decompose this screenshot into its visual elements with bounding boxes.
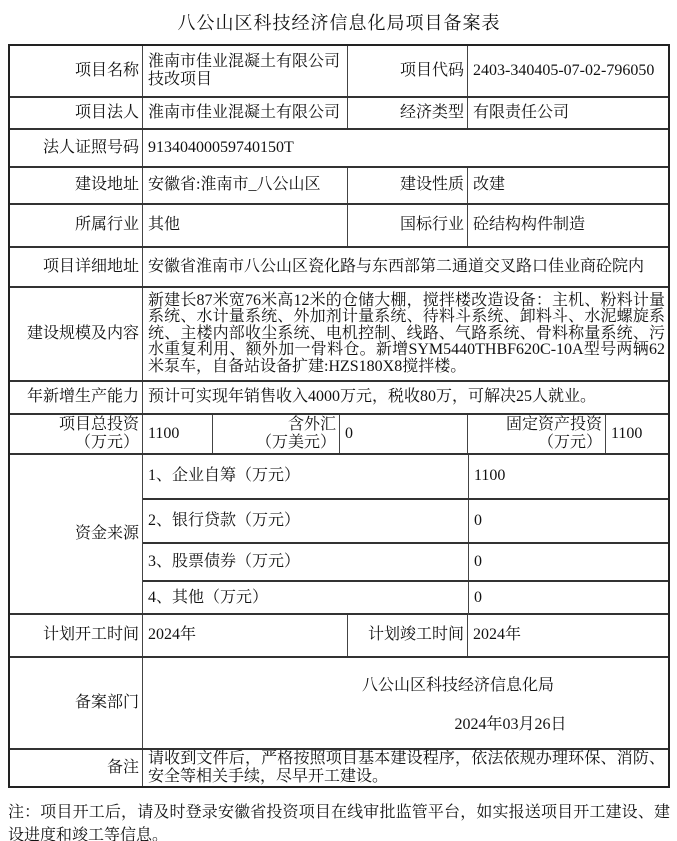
build-nature-value: 改建 (467, 168, 668, 203)
foreign-exchange-label: 含外汇 （万美元） (212, 415, 339, 453)
row-scale-content: 建设规模及内容 新建长87米宽76米高12米的仓储大棚，搅拌楼改造设备：主机、粉… (10, 286, 668, 380)
funding-row: 3、股票债券（万元） 0 (143, 542, 668, 580)
economic-type-value: 有限责任公司 (467, 98, 668, 128)
start-date-value: 2024年 (142, 615, 347, 656)
detail-address-value: 安徽省淮南市八公山区瓷化路与东西部第二通道交叉路口佳业商砼院内 (142, 248, 668, 286)
funding-source-label: 资金来源 (10, 455, 142, 613)
new-capacity-label: 年新增生产能力 (10, 382, 142, 413)
new-capacity-value: 预计可实现年销售收入4000万元，税收80万，可解决25人就业。 (142, 382, 668, 413)
row-legal-person: 项目法人 淮南市佳业混凝土有限公司 经济类型 有限责任公司 (10, 96, 668, 128)
legal-person-value: 淮南市佳业混凝土有限公司 (142, 98, 347, 128)
industry-label: 所属行业 (10, 205, 142, 246)
page-title: 八公山区科技经济信息化局项目备案表 (8, 9, 670, 35)
row-build-address: 建设地址 安徽省:淮南市_八公山区 建设性质 改建 (10, 166, 668, 203)
funding-item-value: 0 (468, 500, 668, 542)
filing-dept-label: 备案部门 (10, 658, 142, 748)
row-remarks: 备注 请收到文件后，严格按照项目基本建设程序，依法依规办理环保、消防、安全等相关… (10, 748, 668, 786)
project-name-value: 淮南市佳业混凝土有限公司技改项目 (142, 46, 347, 96)
row-detail-address: 项目详细地址 安徽省淮南市八公山区瓷化路与东西部第二通道交叉路口佳业商砼院内 (10, 246, 668, 286)
national-industry-value: 砼结构构件制造 (467, 205, 668, 246)
scale-content-value: 新建长87米宽76米高12米的仓储大棚，搅拌楼改造设备：主机、粉料计量系统、水计… (148, 290, 665, 379)
funding-source-block: 1、企业自筹（万元） 1100 2、银行贷款（万元） 0 3、股票债券（万元） … (142, 455, 668, 613)
license-no-value: 91340400059740150T (142, 130, 668, 166)
fixed-assets-label: 固定资产投资 （万元） (467, 415, 605, 453)
funding-row: 2、银行贷款（万元） 0 (143, 498, 668, 542)
row-license-no: 法人证照号码 91340400059740150T (10, 128, 668, 166)
row-new-capacity: 年新增生产能力 预计可实现年销售收入4000万元，税收80万，可解决25人就业。 (10, 380, 668, 413)
funding-item-name: 1、企业自筹（万元） (143, 455, 468, 498)
funding-item-value: 0 (468, 582, 668, 615)
project-name-label: 项目名称 (10, 46, 142, 96)
finish-date-label: 计划竣工时间 (347, 615, 467, 656)
total-investment-value: 1100 (142, 415, 212, 453)
license-no-label: 法人证照号码 (10, 130, 142, 166)
build-address-label: 建设地址 (10, 168, 142, 203)
project-code-label: 项目代码 (347, 46, 467, 96)
row-investment: 项目总投资 （万元） 1100 含外汇 （万美元） 0 固定资产投资 （万元） … (10, 413, 668, 453)
funding-item-value: 0 (468, 544, 668, 580)
funding-item-name: 3、股票债券（万元） (143, 544, 468, 580)
remarks-value: 请收到文件后，严格按照项目基本建设程序，依法依规办理环保、消防、安全等相关手续，… (148, 750, 665, 786)
funding-row: 1、企业自筹（万元） 1100 (143, 455, 668, 498)
build-nature-label: 建设性质 (347, 168, 467, 203)
filing-form-table: 项目名称 淮南市佳业混凝土有限公司技改项目 项目代码 2403-340405-0… (8, 44, 670, 788)
row-funding-source: 资金来源 1、企业自筹（万元） 1100 2、银行贷款（万元） 0 3、股票债券… (10, 453, 668, 613)
national-industry-label: 国标行业 (347, 205, 467, 246)
fixed-assets-value: 1100 (605, 415, 668, 453)
row-schedule: 计划开工时间 2024年 计划竣工时间 2024年 (10, 613, 668, 656)
funding-item-name: 4、其他（万元） (143, 582, 468, 615)
scale-content-label: 建设规模及内容 (10, 288, 142, 380)
row-filing-dept: 备案部门 八公山区科技经济信息化局 2024年03月26日 (10, 656, 668, 748)
project-code-value: 2403-340405-07-02-796050 (467, 46, 668, 96)
detail-address-label: 项目详细地址 (10, 248, 142, 286)
filing-dept-date: 2024年03月26日 (143, 711, 668, 734)
funding-row: 4、其他（万元） 0 (143, 580, 668, 615)
filing-form-page: 八公山区科技经济信息化局项目备案表 项目名称 淮南市佳业混凝土有限公司技改项目 … (0, 0, 677, 841)
row-industry: 所属行业 其他 国标行业 砼结构构件制造 (10, 203, 668, 246)
economic-type-label: 经济类型 (347, 98, 467, 128)
row-project-name: 项目名称 淮南市佳业混凝土有限公司技改项目 项目代码 2403-340405-0… (10, 46, 668, 96)
total-investment-label: 项目总投资 （万元） (10, 415, 142, 453)
filing-dept-agency: 八公山区科技经济信息化局 (143, 672, 668, 695)
industry-value: 其他 (142, 205, 347, 246)
footer-note: 注：项目开工后，请及时登录安徽省投资项目在线审批监管平台，如实报送项目开工建设、… (8, 801, 670, 841)
start-date-label: 计划开工时间 (10, 615, 142, 656)
legal-person-label: 项目法人 (10, 98, 142, 128)
filing-dept-cell: 八公山区科技经济信息化局 2024年03月26日 (142, 658, 668, 748)
finish-date-value: 2024年 (467, 615, 668, 656)
funding-item-name: 2、银行贷款（万元） (143, 500, 468, 542)
remarks-label: 备注 (10, 750, 142, 786)
build-address-value: 安徽省:淮南市_八公山区 (142, 168, 347, 203)
foreign-exchange-value: 0 (339, 415, 467, 453)
funding-item-value: 1100 (468, 455, 668, 498)
